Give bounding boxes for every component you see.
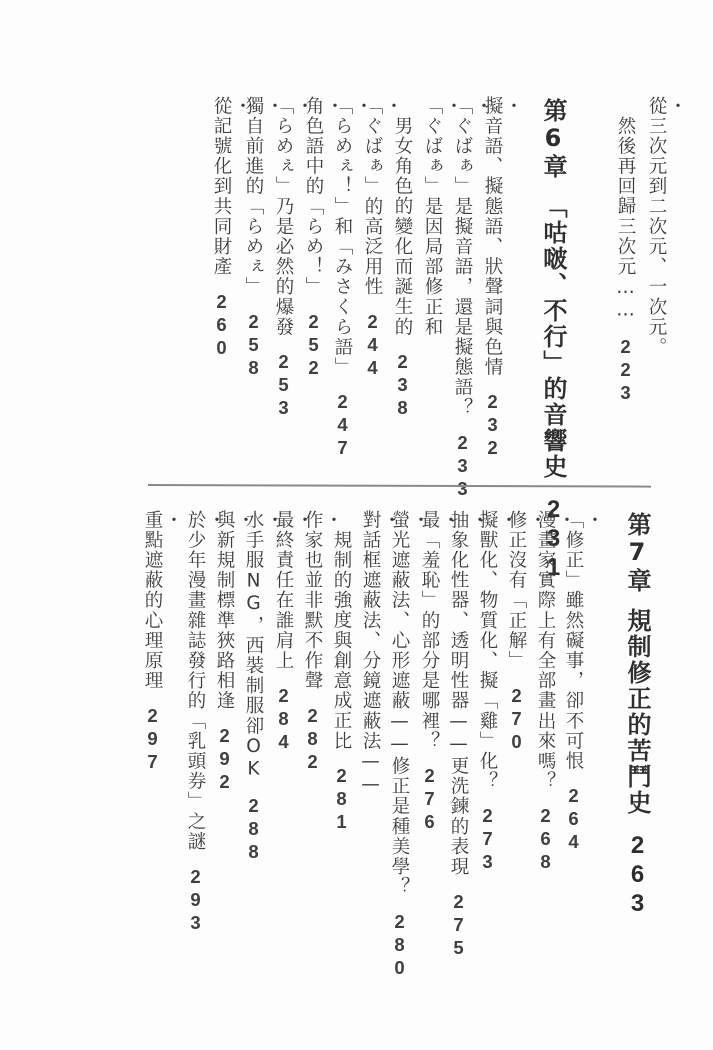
bullet-dot: ・ — [293, 510, 313, 754]
bullet-dot: ・ — [263, 96, 283, 380]
bullet-dot: ・ — [352, 96, 372, 460]
entry-title: 於少年漫畫雜誌發行的「乳頭券」之謎 — [185, 510, 206, 852]
bullet-dot: ・ — [555, 510, 575, 874]
chapter-number: 第6章 — [539, 98, 567, 180]
bullet-dot: ・ — [497, 510, 517, 874]
toc-entry[interactable]: ・重點遮蔽的心理原理297 — [142, 510, 182, 774]
page-number: 233 — [452, 432, 473, 501]
page-number: 297 — [142, 705, 163, 774]
bullet-dot: ・ — [382, 96, 402, 380]
bullet-dot: ・ — [380, 510, 400, 796]
chapter-title: 「咕啵、不行」的音響史 — [539, 194, 567, 480]
toc-entry[interactable]: ・從三次元到二次元、一次元。 — [646, 96, 686, 357]
page-number: 293 — [185, 866, 206, 935]
chapter-page-number: 263 — [624, 832, 651, 919]
bullet-dot: ・ — [442, 96, 462, 337]
entry-title: 重點遮蔽的心理原理 — [142, 510, 163, 691]
section-divider-line — [148, 484, 651, 488]
bullet-dot: ・ — [502, 96, 522, 460]
entry-title: 然後再回歸三次元…… — [615, 116, 636, 322]
entry-title: 「ぐばぁ」是因局部修正和 — [422, 96, 443, 337]
toc-entry[interactable]: ・從記號化到共同財產260 — [211, 96, 251, 360]
toc-entry[interactable]: ・對話框遮蔽法、分鏡遮蔽法—— — [360, 510, 400, 796]
bullet-dot: ・ — [439, 510, 459, 834]
toc-entry-continuation[interactable]: 然後再回歸三次元……223 — [615, 116, 635, 405]
bullet-dot: ・ — [409, 510, 429, 980]
toc-entry[interactable]: ・「ぐばぁ」是因局部修正和 — [422, 96, 462, 337]
page-number: 260 — [211, 291, 232, 360]
bullet-dot: ・ — [323, 96, 343, 380]
bullet-dot: ・ — [231, 96, 251, 360]
page-number: 247 — [332, 391, 353, 460]
bullet-dot: ・ — [162, 510, 182, 774]
page-number: 268 — [535, 805, 556, 874]
bullet-dot: ・ — [263, 510, 283, 864]
bullet-dot: ・ — [472, 96, 492, 501]
chapter-title: 規制修正的苦鬥史 — [623, 608, 651, 816]
bullet-dot: ・ — [322, 510, 342, 774]
entry-title: 從三次元到二次元、一次元。 — [646, 96, 667, 357]
bullet-dot: ・ — [293, 96, 313, 420]
bullet-dot: ・ — [526, 510, 546, 754]
page-number: 280 — [389, 911, 410, 980]
entry-title: 對話框遮蔽法、分鏡遮蔽法—— — [360, 510, 381, 796]
bullet-dot: ・ — [666, 96, 686, 357]
bullet-dot: ・ — [205, 510, 225, 935]
page-number: 223 — [615, 336, 636, 405]
chapter-7-heading[interactable]: 第7章規制修正的苦鬥史263 — [624, 512, 650, 919]
bullet-dot: ・ — [468, 510, 488, 960]
page-number: 288 — [243, 795, 264, 864]
page-number: 275 — [448, 891, 469, 960]
page-number: 281 — [331, 765, 352, 834]
bullet-dot: ・ — [583, 510, 603, 854]
entry-title: 從記號化到共同財產 — [211, 96, 232, 277]
toc-entry[interactable]: ・於少年漫畫雜誌發行的「乳頭券」之謎293 — [185, 510, 225, 935]
chapter-number: 第7章 — [623, 512, 651, 594]
bullet-dot: ・ — [234, 510, 254, 794]
